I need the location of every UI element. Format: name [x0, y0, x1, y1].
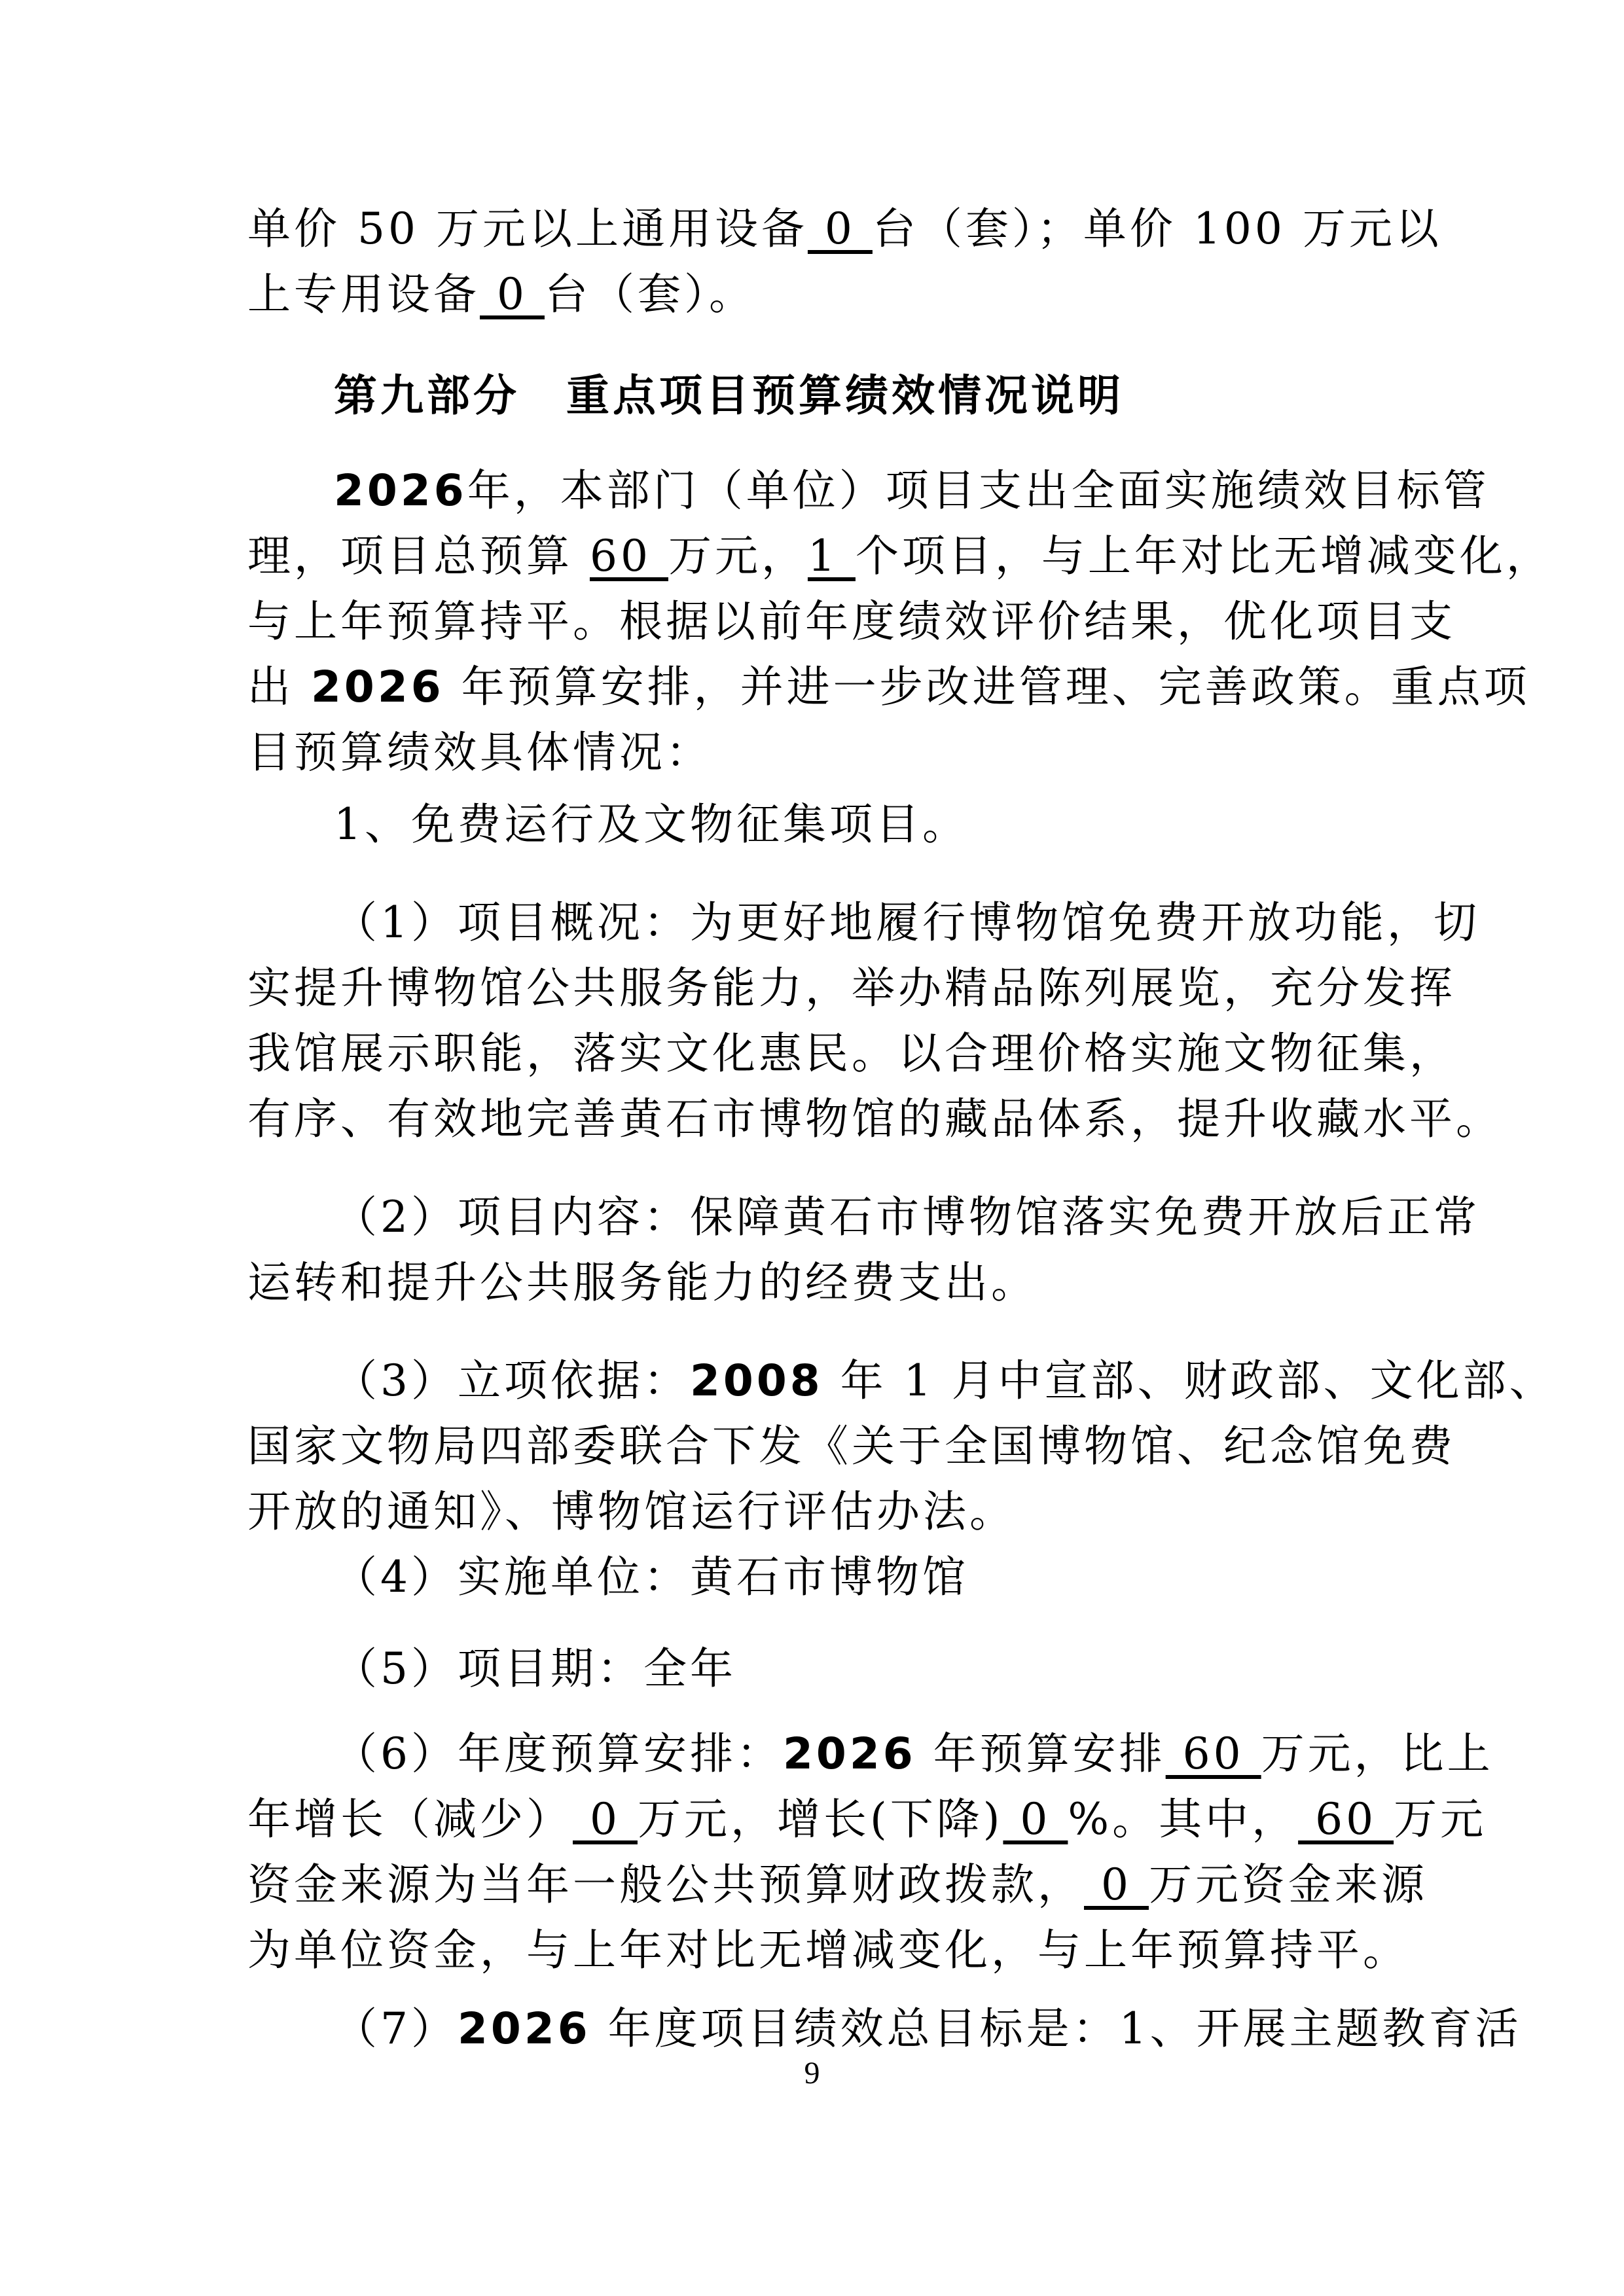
general-equipment-count: 0 — [808, 204, 873, 254]
budget-change-percent: 0 — [1003, 1794, 1068, 1844]
unit-funds-amount: 0 — [1084, 1859, 1149, 1910]
annual-budget-amount: 60 — [1166, 1729, 1261, 1779]
text-line: 目预算绩效具体情况： — [247, 720, 1386, 785]
content-paragraph: （2）项目内容：保障黄石市博物馆落实免费开放后正常 运转和提升公共服务能力的经费… — [247, 1185, 1386, 1316]
period-paragraph: （5）项目期：全年 — [247, 1636, 1386, 1702]
intro-paragraph: 2026年，本部门（单位）项目支出全面实施绩效目标管 理，项目总预算 60 万元… — [247, 458, 1386, 785]
budget-paragraph: （6）年度预算安排：2026 年预算安排 60 万元，比上 年增长（减少） 0 … — [247, 1721, 1386, 1983]
basis-paragraph: （3）立项依据：2008 年 1 月中宣部、财政部、文化部、 国家文物局四部委联… — [247, 1348, 1386, 1545]
text-line: 单价 50 万元以上通用设备 0 台（套）；单价 100 万元以 — [247, 196, 1386, 262]
document-page: 单价 50 万元以上通用设备 0 台（套）；单价 100 万元以 上专用设备 0… — [0, 0, 1624, 2296]
special-equipment-count: 0 — [480, 269, 545, 319]
project-count: 1 — [808, 531, 856, 581]
total-budget: 60 — [590, 531, 668, 581]
overview-paragraph: （1）项目概况：为更好地履行博物馆免费开放功能，切 实提升博物馆公共服务能力，举… — [247, 890, 1386, 1152]
budget-change-amount: 0 — [573, 1794, 638, 1844]
section-heading: 第九部分 重点项目预算绩效情况说明 — [247, 363, 1386, 429]
continuation-paragraph: 单价 50 万元以上通用设备 0 台（套）；单价 100 万元以 上专用设备 0… — [247, 196, 1386, 327]
text-line: 2026年，本部门（单位）项目支出全面实施绩效目标管 — [247, 458, 1386, 524]
text-line: 出 2026 年预算安排，并进一步改进管理、完善政策。重点项 — [247, 655, 1386, 720]
project-title: 1、免费运行及文物征集项目。 — [247, 792, 1386, 857]
text-line: 与上年预算持平。根据以前年度绩效评价结果，优化项目支 — [247, 589, 1386, 655]
page-number: 9 — [0, 2055, 1624, 2091]
text-line: 上专用设备 0 台（套）。 — [247, 262, 1386, 327]
unit-paragraph: （4）实施单位：黄石市博物馆 — [247, 1545, 1386, 1610]
fiscal-funds-amount: 60 — [1298, 1794, 1394, 1844]
goal-paragraph: （7）2026 年度项目绩效总目标是：1、开展主题教育活 — [247, 1996, 1386, 2062]
text-line: 理，项目总预算 60 万元，1 个项目，与上年对比无增减变化， — [247, 524, 1386, 589]
